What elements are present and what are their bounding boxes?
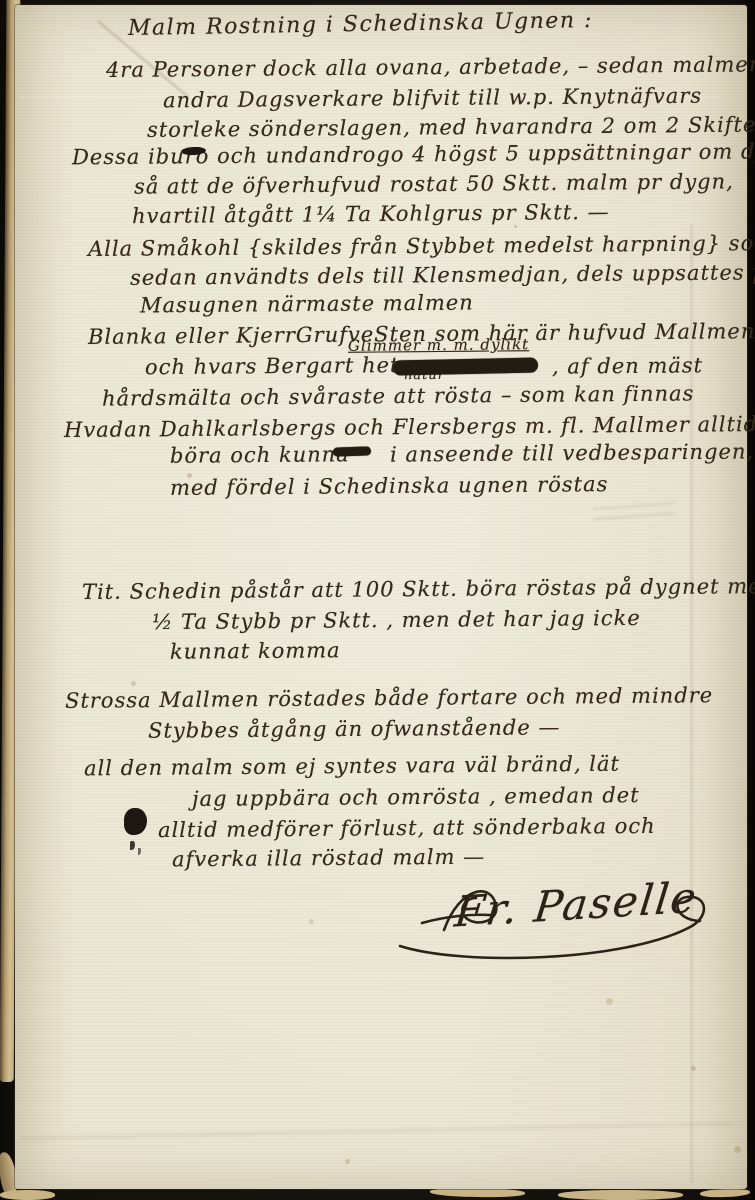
manuscript-line: och hvars Bergart heter (145, 355, 424, 378)
interlinear-insertion: Glimmer m. m. dylikt (348, 337, 529, 354)
manuscript-line: så att de öfverhufvud rostat 50 Sktt. ma… (134, 171, 734, 197)
faint-stamp-smudge (592, 493, 677, 539)
manuscript-line: i anseende till vedbesparingen, (390, 441, 754, 465)
manuscript-line: Alla Småkohl {skildes från Stybbet medel… (88, 233, 755, 260)
manuscript-line: andra Dagsverkare blifvit till w.p. Knyt… (163, 86, 702, 112)
manuscript-line: hårdsmälta och svåraste att rösta – som … (102, 383, 695, 409)
manuscript-line: hvartill åtgått 1¼ Ta Kohlgrus pr Sktt. … (132, 202, 610, 227)
manuscript-line: afverka illa röstad malm — (172, 847, 485, 871)
manuscript-line: Masugnen närmaste malmen (140, 293, 474, 317)
manuscript-line: ½ Ta Stybb pr Sktt. , men det har jag ic… (152, 608, 641, 633)
small-strike-mark (333, 446, 371, 456)
manuscript-line: Tit. Schedin påstår att 100 Sktt. böra r… (82, 576, 755, 603)
redacted-word-strike (393, 357, 538, 375)
manuscript-line: Strossa Mallmen röstades både fortare oc… (65, 685, 713, 712)
manuscript-line: storleke sönderslagen, med hvarandra 2 o… (147, 114, 755, 141)
paper-fragment (558, 1190, 683, 1200)
manuscript-line: med fördel i Schedinska ugnen röstas (170, 474, 609, 499)
manuscript-line: kunnat komma (170, 640, 341, 662)
manuscript-line: all den malm som ej syntes vara väl brän… (84, 754, 620, 780)
manuscript-line: alltid medförer förlust, att sönderbaka … (158, 816, 656, 841)
paper-fragment (700, 1188, 750, 1198)
manuscript-line: , af den mäst (552, 355, 703, 377)
manuscript-line: Dessa iburo och undandrogo 4 högst 5 upp… (72, 141, 755, 169)
manuscript-line: jag uppbära och omrösta , emedan det (192, 785, 640, 810)
manuscript-line: 4ra Personer dock alla ovana, arbetade, … (106, 54, 755, 81)
manuscript-line: sedan användts dels till Klensmedjan, de… (130, 262, 755, 289)
manuscript-line: böra och kunna (170, 444, 350, 467)
manuscript-photo: Malm Rostning i Schedinska Ugnen : 4ra P… (0, 0, 755, 1200)
manuscript-line: Stybbes åtgång än ofwanstående — (148, 717, 561, 742)
paper-fragment (0, 1190, 55, 1200)
